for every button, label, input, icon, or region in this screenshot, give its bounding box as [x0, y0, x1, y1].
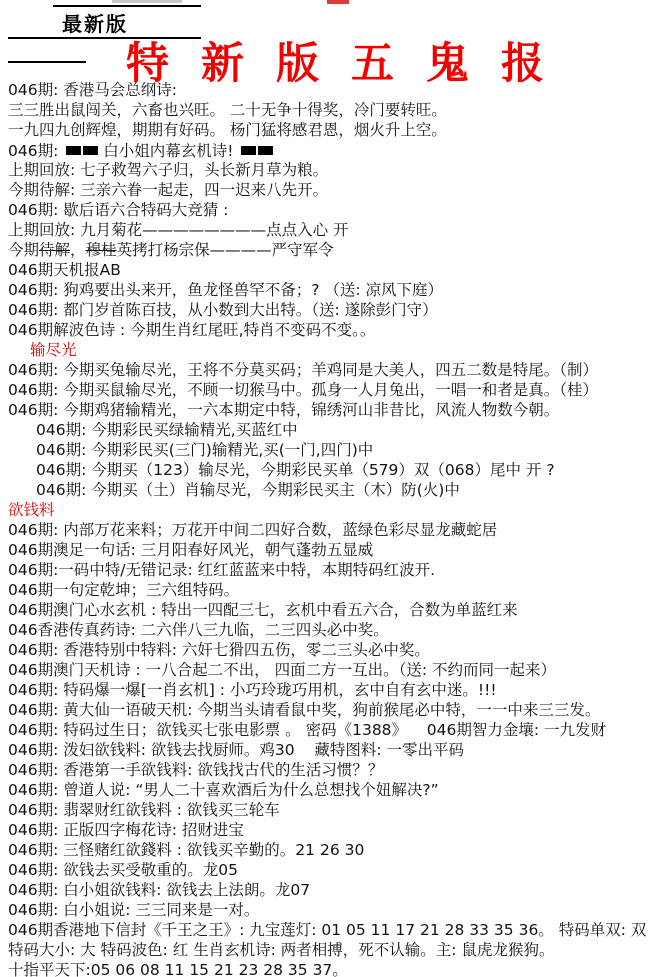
report-line: 046期一句定乾坤；三六组特码。 [8, 580, 668, 600]
line-text: 英拷打杨宗保————严守军令 [117, 241, 334, 259]
black-bar-marker-icon [66, 140, 100, 160]
report-line: 今期待解: 三亲六眷一起走，四一迟来八先开。 [8, 180, 668, 200]
report-line: 046期解波色诗 : 今期生肖红尾旺,特肖不变码不变。。 [8, 320, 668, 340]
report-line: 046期: 泼妇欲钱料: 欲钱去找厨师。鸡30 藏特图料: 一零出平码 [8, 740, 668, 760]
report-line: 046期: 今期彩民买(三门)输精光,买(一门,四门)中 [8, 440, 668, 460]
report-line: 046期: 翡翠财红欲钱料 : 欲钱买三轮车 [8, 800, 668, 820]
report-line: 046期: 今期买兔输尽光，王将不分莫买码；羊鸡同是大美人，四五二数是特尾。（制… [8, 360, 668, 380]
report-line: 046香港传真药诗: 二六伴八三九临，二三四头必中奖。 [8, 620, 668, 640]
line-text: 046期: [8, 142, 63, 160]
report-line: 046期: 今期彩民买绿输精光,买蓝红中 [8, 420, 668, 440]
line-text: 白小姐内幕玄机诗! [103, 142, 238, 160]
report-line: 046期天机报AB [8, 260, 668, 280]
report-body: 046期: 香港马会总纲诗:三三胜出鼠闯关，六畜也兴旺。 二十无争十得奖，冷门要… [8, 80, 668, 977]
report-line: 046期: 欲钱去买受敬重的。龙05 [8, 860, 668, 880]
section-header-shujinguang: 输尽光 [8, 340, 668, 360]
line-text: 今期 [8, 241, 39, 259]
report-line: 046期澳门心水玄机 : 特出一四配三七，玄机中看五六合，合数为单蓝红来 [8, 600, 668, 620]
report-line: 046期: 香港特别中特料: 六奸七猾四五伤，零二三头必中奖。 [8, 640, 668, 660]
report-line: 046期澳足一句话: 三月阳春好风光，朝气蓬勃五显威 [8, 540, 668, 560]
five-ghosts-report-page: 最新版 特新版五鬼报 046期: 香港马会总纲诗:三三胜出鼠闯关，六畜也兴旺。 … [0, 0, 670, 977]
struck-line: 今期待解，穆桂英拷打杨宗保————严守军令 [8, 240, 668, 260]
report-line: 046期: 歇后语六合特码大竞猜 : [8, 200, 668, 220]
report-line: 046期: 黄大仙一语破天机: 今期当头请看鼠中奖，狗前猴尾必中特，一一中来三三… [8, 700, 668, 720]
line-text: ， [70, 241, 86, 259]
report-line: 046期: 狗鸡要出头来开，鱼龙怪兽罕不备；? （送: 凉风下庭） [8, 280, 668, 300]
report-line: 特码大小: 大 特码波色: 红 生肖玄机诗: 两者相搏，死不认输。主: 鼠虎龙猴… [8, 940, 668, 960]
clipped-text-fragment-red [327, 0, 349, 4]
struck-text: 待解 [39, 241, 70, 259]
report-line: 046期: 内部万花来料；万花开中间二四好合数，蓝绿色彩尽显龙藏蛇居 [8, 520, 668, 540]
report-line: 046期: 香港第一手欲钱料: 欲钱找古代的生活习惯？？ [8, 760, 668, 780]
report-line: 046期: 曾道人说: “男人二十喜欢酒后为什么总想找个妞解决?” [8, 780, 668, 800]
report-line: 046期: 特码爆一爆[一肖玄机] : 小巧玲珑巧用机，玄中自有玄中迷。!!! [8, 680, 668, 700]
report-line: 十指平天下:05 06 08 11 15 21 23 28 35 37。 [8, 960, 668, 977]
report-line: 046期: 今期买（土）肖输尽光，今期彩民买主（木）防(火)中 [8, 480, 668, 500]
report-line: 一九四九创辉煌，期期有好码。 杨门猛将感君恩，烟火升上空。 [8, 120, 668, 140]
report-line: 上期回放: 七子救驾六子归，头长新月草为粮。 [8, 160, 668, 180]
section-header-yuqianliao: 欲钱料 [8, 500, 668, 520]
report-line: 046期: 今期买鼠输尽光，不顾一切猴马中。孤身一人月兔出，一唱一和者是真。（桂… [8, 380, 668, 400]
report-line: 三三胜出鼠闯关，六畜也兴旺。 二十无争十得奖，冷门要转旺。 [8, 100, 668, 120]
struck-text: 穆桂 [86, 241, 117, 259]
report-line: 046期: 白小姐说: 三三同来是一对。 [8, 900, 668, 920]
clipped-text-fragment-gray [112, 0, 182, 3]
report-line: 046期: 都门岁首陈百技，从小数到大出特。（送: 遂除彭门守） [8, 300, 668, 320]
report-line: 046期:一码中特/无错记录: 红红蓝蓝来中特，本期特码红波开. [8, 560, 668, 580]
baixiaojie-heading: 046期: 白小姐内幕玄机诗! [8, 140, 668, 160]
report-line: 046期: 今期鸡猪输精光，一六本期定中特，锦绣河山非昔比，风流人物数今朝。 [8, 400, 668, 420]
report-line: 046期: 特码过生日；欲钱买七张电影票 。 密码《1388》 046期智力金壤… [8, 720, 668, 740]
report-line: 046期: 今期买（123）输尽光，今期彩民买单（579）双（068）尾中 开 … [8, 460, 668, 480]
divider-line-top [53, 5, 201, 7]
report-line: 046期澳门天机诗 : 一八合起二不出， 四面二方一互出。（送: 不约而同一起来… [8, 660, 668, 680]
report-line: 046期: 白小姐欲钱料: 欲钱去上法朗。龙07 [8, 880, 668, 900]
report-line: 046期: 三怪赌红欲錢料 : 欲钱买辛勤的。21 26 30 [8, 840, 668, 860]
report-line: 046期香港地下信封《千王之王》: 九宝莲灯: 01 05 11 17 21 2… [8, 920, 668, 940]
report-line: 046期: 香港马会总纲诗: [8, 80, 668, 100]
report-line: 上期回放: 九月菊花————————点点入心 开 [8, 220, 668, 240]
report-line: 046期: 正版四字梅花诗: 招财进宝 [8, 820, 668, 840]
black-bar-marker-icon [241, 140, 275, 160]
